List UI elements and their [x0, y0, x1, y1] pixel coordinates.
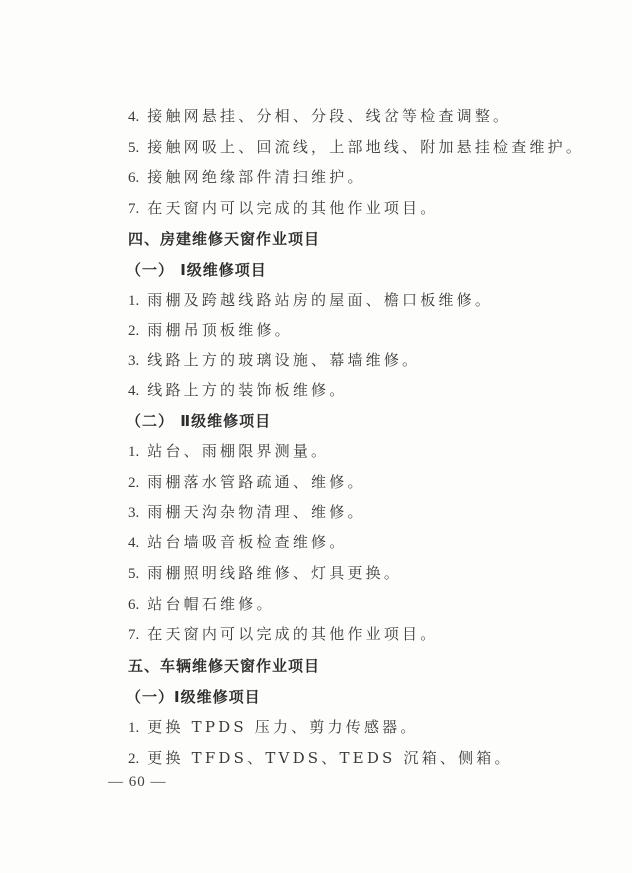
list-item: 7.在天窗内可以完成的其他作业项目。 [128, 198, 438, 219]
list-item: 5.雨棚照明线路维修、灯具更换。 [128, 563, 402, 584]
list-item: 2.雨棚落水管路疏通、维修。 [128, 472, 366, 493]
list-item: 1.站台、雨棚限界测量。 [128, 441, 329, 462]
list-item: 4.接触网悬挂、分相、分段、线岔等检查调整。 [128, 106, 511, 127]
list-item: 1.雨棚及跨越线路站房的屋面、檐口板维修。 [128, 290, 493, 311]
list-item: 6.接触网绝缘部件清扫维护。 [128, 167, 366, 188]
section-heading: 五、车辆维修天窗作业项目 [128, 656, 320, 676]
page-number: — 60 — [108, 774, 167, 791]
list-item: 7.在天窗内可以完成的其他作业项目。 [128, 624, 438, 645]
subsection-heading: （二） Ⅱ级维修项目 [126, 411, 271, 431]
list-item: 4.线路上方的装饰板维修。 [128, 380, 347, 401]
list-item: 2.更换 TFDS、TVDS、TEDS 沉箱、侧箱。 [128, 748, 513, 769]
list-item: 6.站台帽石维修。 [128, 594, 275, 615]
list-item: 4.站台墙吸音板检查维修。 [128, 532, 347, 553]
section-heading: 四、房建维修天窗作业项目 [128, 229, 320, 249]
list-item: 1.更换 TPDS 压力、剪力传感器。 [128, 717, 419, 738]
list-item: 2.雨棚吊顶板维修。 [128, 320, 293, 341]
subsection-heading: （一）Ⅰ级维修项目 [126, 687, 261, 707]
list-item: 3.线路上方的玻璃设施、幕墙维修。 [128, 350, 420, 371]
list-item: 5.接触网吸上、回流线，上部地线、附加悬挂检查维护。 [128, 137, 584, 158]
subsection-heading: （一） Ⅰ级维修项目 [126, 260, 267, 280]
list-item: 3.雨棚天沟杂物清理、维修。 [128, 502, 366, 523]
